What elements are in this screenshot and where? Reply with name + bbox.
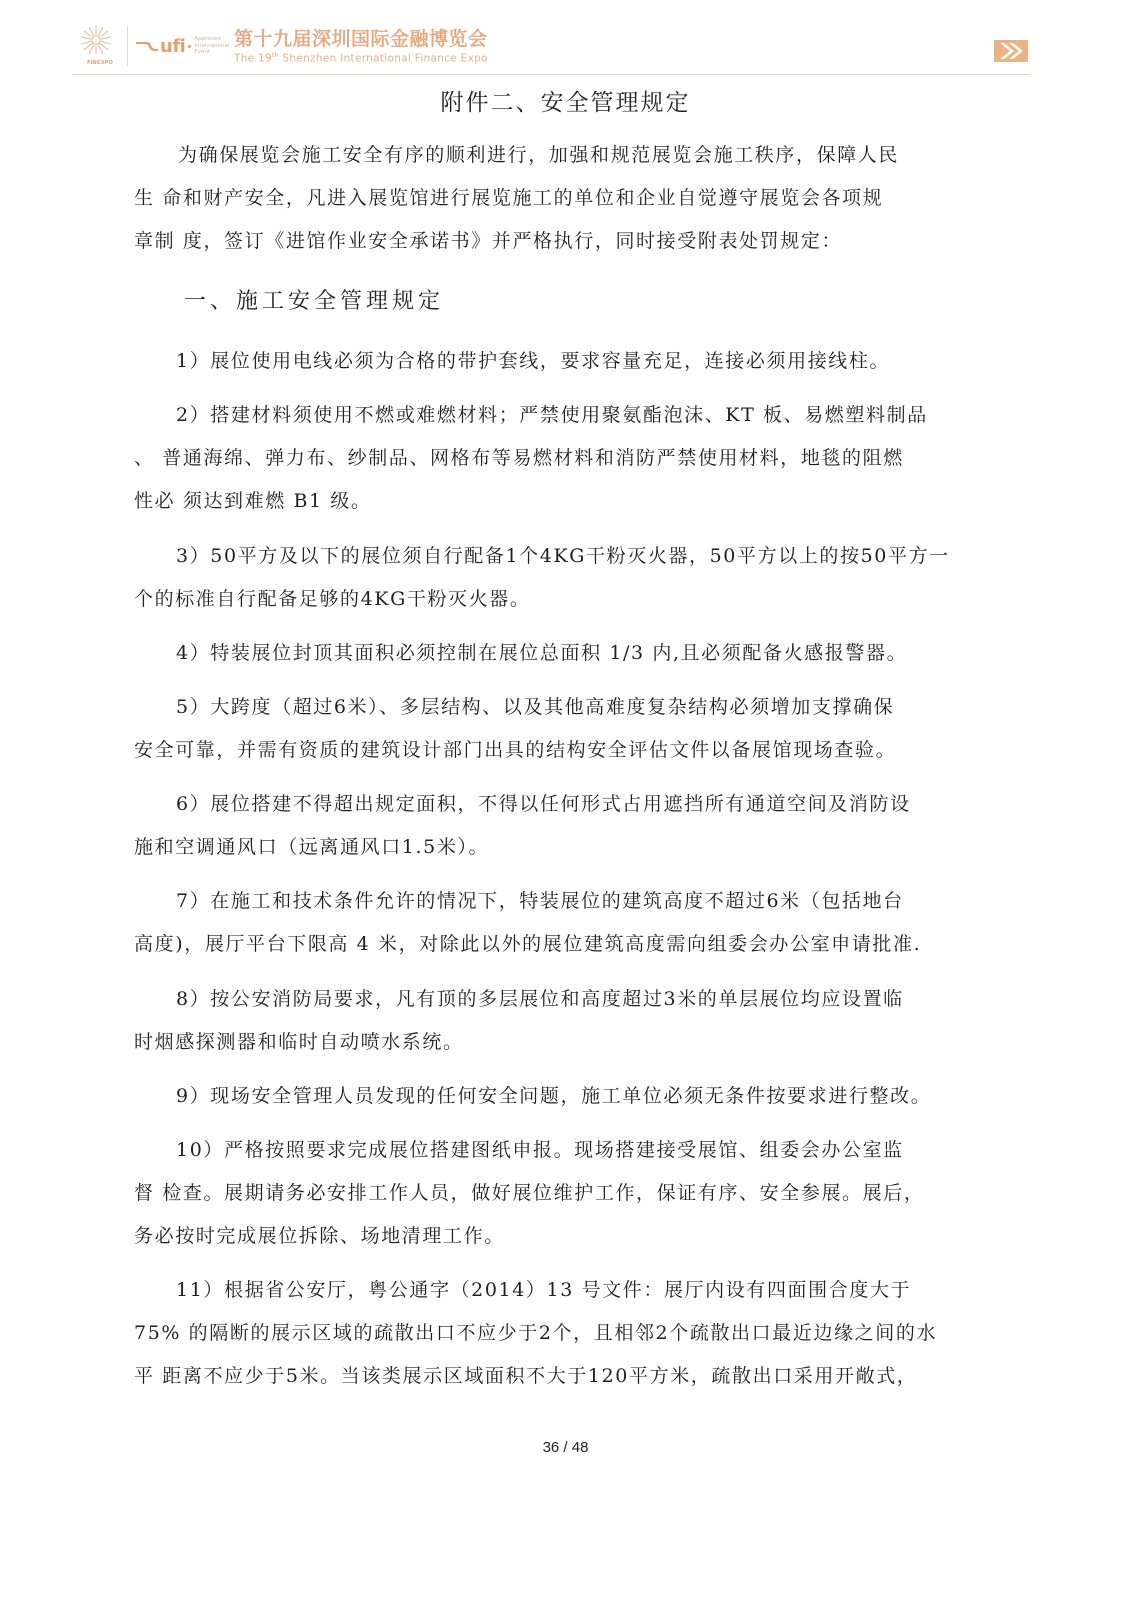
page-number: 36 / 48 — [0, 1439, 1131, 1456]
rule-2-line-2: 、 普通海绵、弹力布、纱制品、网格布等易燃材料和消防严禁使用材料，地毯的阻燃 — [134, 443, 972, 470]
rule-2-line-3: 性必 须达到难燃 B1 级。 — [134, 486, 972, 513]
intro-line-2: 生 命和财产安全，凡进入展览馆进行展览施工的单位和企业自觉遵守展览会各项规 — [134, 183, 972, 210]
rule-6-line-1: 6）展位搭建不得超出规定面积，不得以任何形式占用遮挡所有通道空间及消防设 — [176, 789, 1014, 816]
ufi-text: ufi — [160, 36, 185, 57]
expo-title-cn: 第十九届深圳国际金融博览会 — [234, 28, 488, 50]
rule-8-line-1: 8）按公安消防局要求，凡有顶的多层展位和高度超过3米的单层展位均应设置临 — [176, 984, 1014, 1011]
rule-6-line-2: 施和空调通风口（远离通风口1.5米）。 — [134, 832, 972, 859]
section-heading: 一、施工安全管理规定 — [184, 284, 444, 315]
rule-9-line-1: 9）现场安全管理人员发现的任何安全问题，施工单位必须无条件按要求进行整改。 — [176, 1081, 1014, 1108]
rule-5-line-1: 5）大跨度（超过6米）、多层结构、以及其他高难度复杂结构必须增加支撑确保 — [176, 692, 1014, 719]
rule-5-line-2: 安全可靠，并需有资质的建筑设计部门出具的结构安全评估文件以备展馆现场查验。 — [134, 735, 972, 762]
rule-2-line-1: 2）搭建材料须使用不燃或难燃材料；严禁使用聚氨酯泡沫、KT 板、易燃塑料制品 — [176, 400, 1014, 427]
rule-3-line-1: 3）50平方及以下的展位须自行配备1个4KG干粉灭火器，50平方以上的按50平方… — [176, 541, 1014, 568]
intro-line-3: 章制 度，签订《进馆作业安全承诺书》并严格执行，同时接受附表处罚规定： — [134, 226, 972, 253]
expo-title: 第十九届深圳国际金融博览会 The 19th Shenzhen Internat… — [234, 28, 488, 65]
intro-line-1: 为确保展览会施工安全有序的顺利进行，加强和规范展览会施工秩序，保障人民 — [178, 140, 1016, 167]
rule-11-line-3: 平 距离不应少于5米。当该类展示区域面积不大于120平方米，疏散出口采用开敞式， — [134, 1361, 972, 1388]
page-header: FINEXPO ufi Approved International Event… — [72, 22, 1030, 75]
double-chevron-right-icon[interactable] — [994, 40, 1028, 62]
document-title: 附件二、安全管理规定 — [0, 84, 1131, 117]
rule-10-line-1: 10）严格按照要求完成展位搭建图纸申报。现场搭建接受展馆、组委会办公室监 — [176, 1135, 1014, 1162]
ufi-dot — [188, 45, 191, 48]
rule-8-line-2: 时烟感探测器和临时自动喷水系统。 — [134, 1027, 972, 1054]
rule-3-line-2: 个的标准自行配备足够的4KG干粉灭火器。 — [134, 584, 972, 611]
ufi-approved-label: Approved International Event — [194, 36, 229, 56]
finexpo-logo: FINEXPO — [76, 24, 116, 68]
rule-10-line-2: 督 检查。展期请务必安排工作人员，做好展位维护工作，保证有序、安全参展。展后， — [134, 1178, 972, 1205]
header-divider — [127, 26, 128, 66]
rule-10-line-3: 务必按时完成展位拆除、场地清理工作。 — [134, 1221, 972, 1248]
rule-11-line-1: 11）根据省公安厅，粤公通字（2014）13 号文件：展厅内设有四面围合度大于 — [176, 1275, 1014, 1302]
finexpo-logo-text: FINEXPO — [76, 60, 124, 66]
expo-title-en: The 19th Shenzhen International Finance … — [234, 50, 488, 65]
rule-4-line-1: 4）特装展位封顶其面积必须控制在展位总面积 1/3 内,且必须配备火感报警器。 — [176, 638, 1014, 665]
rule-1-line-1: 1）展位使用电线必须为合格的带护套线，要求容量充足，连接必须用接线柱。 — [176, 346, 1014, 373]
ufi-logo: ufi Approved International Event — [136, 34, 229, 58]
rule-11-line-2: 75% 的隔断的展示区域的疏散出口不应少于2个，且相邻2个疏散出口最近边缘之间的… — [134, 1318, 972, 1345]
ufi-mark-icon — [136, 41, 158, 51]
rule-7-line-2: 高度)，展厅平台下限高 4 米，对除此以外的展位建筑高度需向组委会办公室申请批准… — [134, 929, 972, 956]
rule-7-line-1: 7）在施工和技术条件允许的情况下，特装展位的建筑高度不超过6米（包括地台 — [176, 886, 1014, 913]
